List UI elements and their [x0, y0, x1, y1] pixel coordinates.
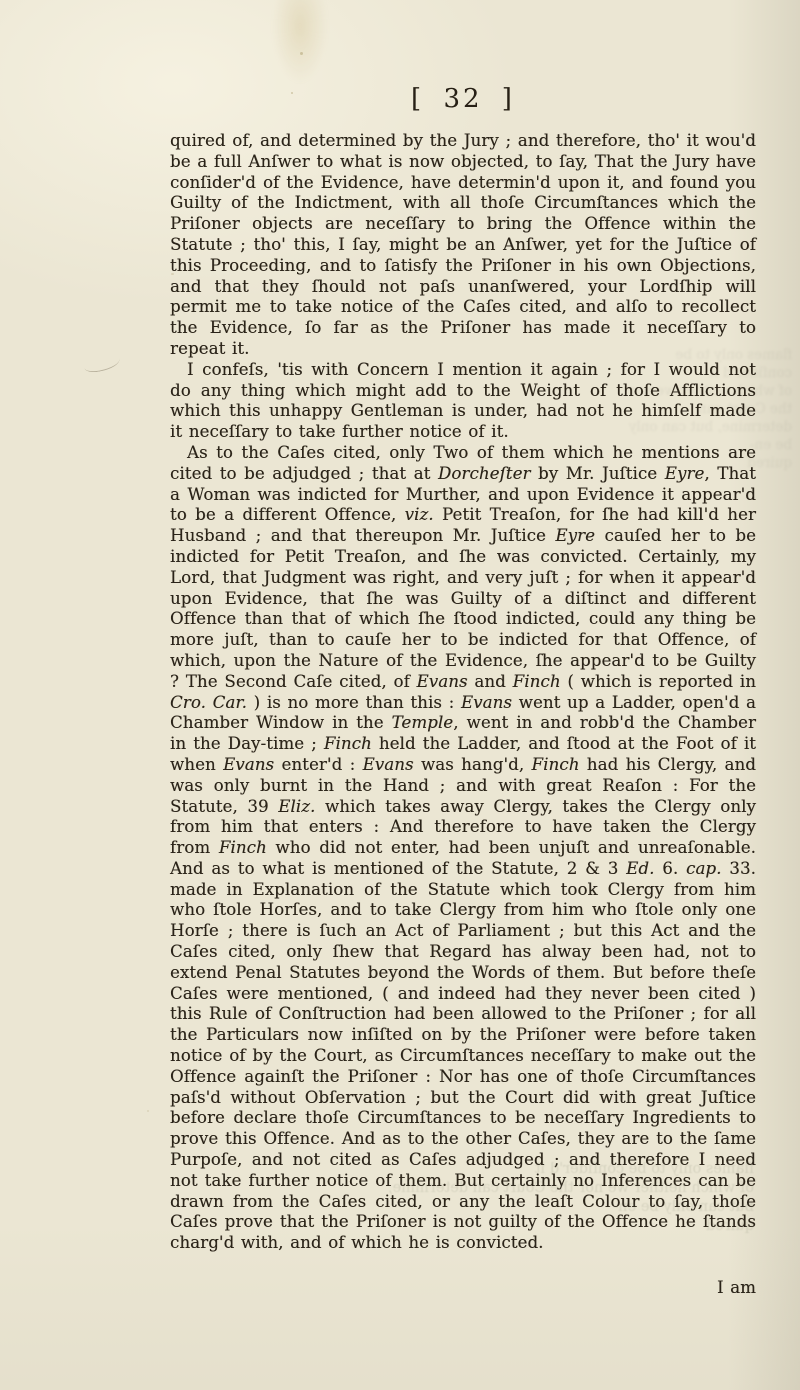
body-text: ) is no more than this : — [247, 693, 461, 712]
paragraph: quired of, and determined by the Jury ; … — [170, 131, 756, 360]
body-text: I confeſs, 'tis with Concern I mention i… — [170, 360, 756, 441]
italic-text: Evans — [417, 672, 468, 691]
body-text: 33. made in Explanation of the Statute w… — [170, 859, 756, 1252]
italic-text: Evans — [363, 755, 414, 774]
italic-text: Finch — [324, 734, 372, 753]
margin-pen-mark — [83, 353, 121, 374]
body-text: enter'd : — [274, 755, 362, 774]
body-text: 6. — [654, 859, 686, 878]
italic-text: Eliz. — [278, 797, 315, 816]
book-page: flames only to be conſider'd itof which … — [0, 0, 800, 1390]
paragraph: I confeſs, 'tis with Concern I mention i… — [170, 360, 756, 443]
body-text: and — [468, 672, 513, 691]
body-text: by Mr. Juſtice — [531, 464, 665, 483]
speck-decoration — [300, 52, 303, 55]
text-block: quired of, and determined by the Jury ; … — [170, 131, 756, 1254]
italic-text: Dorcheſter — [438, 464, 531, 483]
italic-text: viz. — [405, 505, 434, 524]
italic-text: Finch — [219, 838, 267, 857]
stain-decoration — [272, 0, 328, 84]
italic-text: Finch — [513, 672, 561, 691]
italic-text: Finch — [532, 755, 580, 774]
body-text: was hang'd, — [414, 755, 532, 774]
body-text: quired of, and determined by the Jury ; … — [170, 131, 756, 358]
italic-text: Evans — [461, 693, 512, 712]
italic-text: Ed. — [626, 859, 654, 878]
italic-text: Temple — [392, 713, 454, 732]
body-text: ( which is reported in — [561, 672, 756, 691]
italic-text: Eyre — [555, 526, 595, 545]
page-content: quired of, and determined by the Jury ; … — [170, 131, 756, 1299]
speck-decoration — [147, 1110, 149, 1112]
italic-text: Evans — [223, 755, 274, 774]
page-number-header: [ 32 ] — [170, 84, 756, 114]
catchword: I am — [170, 1278, 756, 1299]
italic-text: Eyre — [665, 464, 705, 483]
paragraph: As to the Caſes cited, only Two of them … — [170, 443, 756, 1254]
italic-text: Cro. Car. — [170, 693, 247, 712]
italic-text: cap. — [686, 859, 721, 878]
body-text: cauſed her to be indicted for Petit Trea… — [170, 526, 756, 691]
